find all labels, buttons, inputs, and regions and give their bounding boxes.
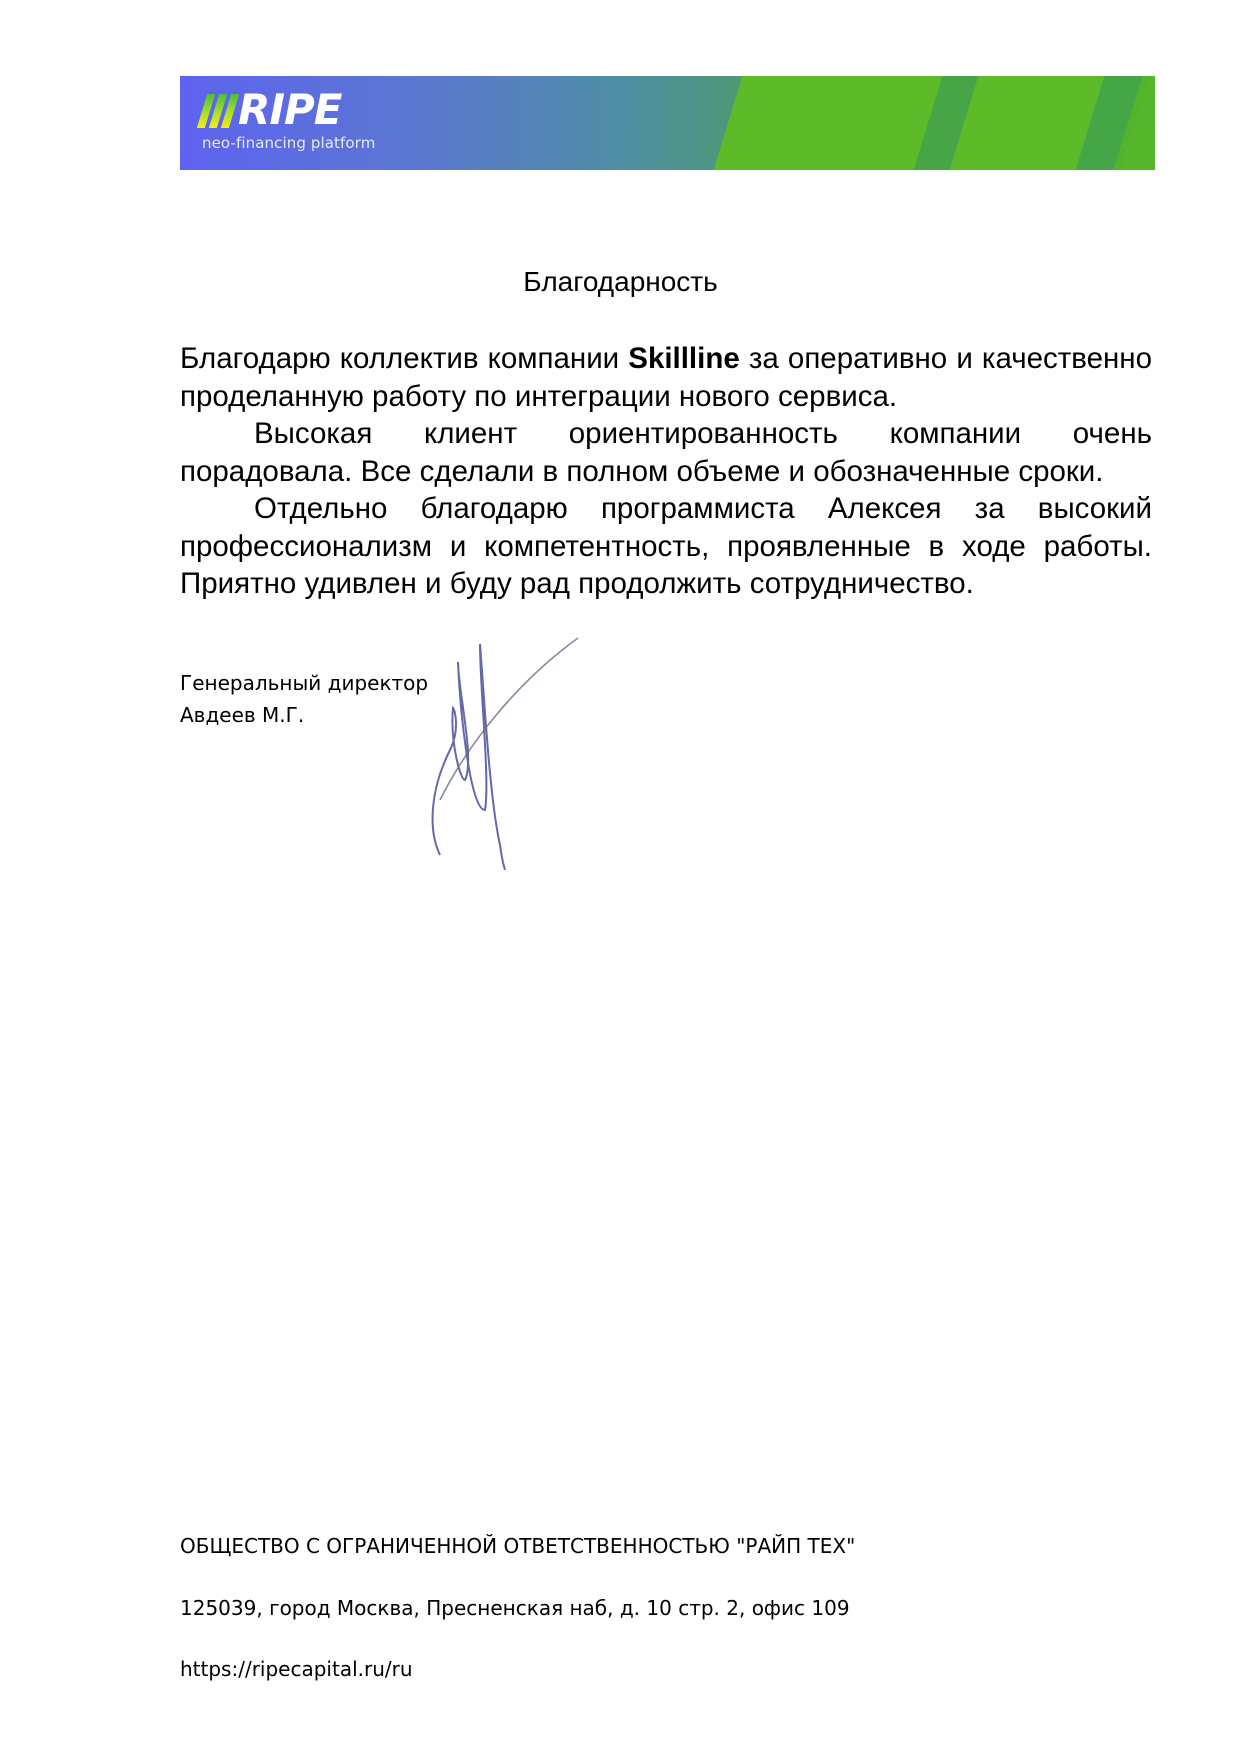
company-name: Skillline [628,342,740,375]
document-title: Благодарность [0,266,1241,298]
paragraph-3: Отдельно благодарю программиста Алексея … [180,490,1152,603]
handwritten-signature [420,630,580,870]
footer-company-name: ОБЩЕСТВО С ОГРАНИЧЕННОЙ ОТВЕТСТВЕННОСТЬЮ… [180,1534,855,1558]
header-banner: RIPE neo-financing platform [180,76,1155,170]
footer-address: 125039, город Москва, Пресненская наб, д… [180,1596,850,1620]
footer-website-link[interactable]: https://ripecapital.ru/ru [180,1657,413,1681]
signer-position: Генеральный директор [180,667,428,699]
signer-block: Генеральный директор Авдеев М.Г. [180,667,428,731]
paragraph-1: Благодарю коллектив компании Skillline з… [180,340,1152,415]
letter-body: Благодарю коллектив компании Skillline з… [180,340,1152,603]
logo-wordmark: RIPE [238,92,341,128]
signer-name: Авдеев М.Г. [180,699,428,731]
logo-tagline: neo-financing platform [202,134,375,152]
logo-bars-icon [202,94,234,128]
ripe-logo: RIPE [202,92,341,128]
paragraph-2: Высокая клиент ориентированность компани… [180,415,1152,490]
